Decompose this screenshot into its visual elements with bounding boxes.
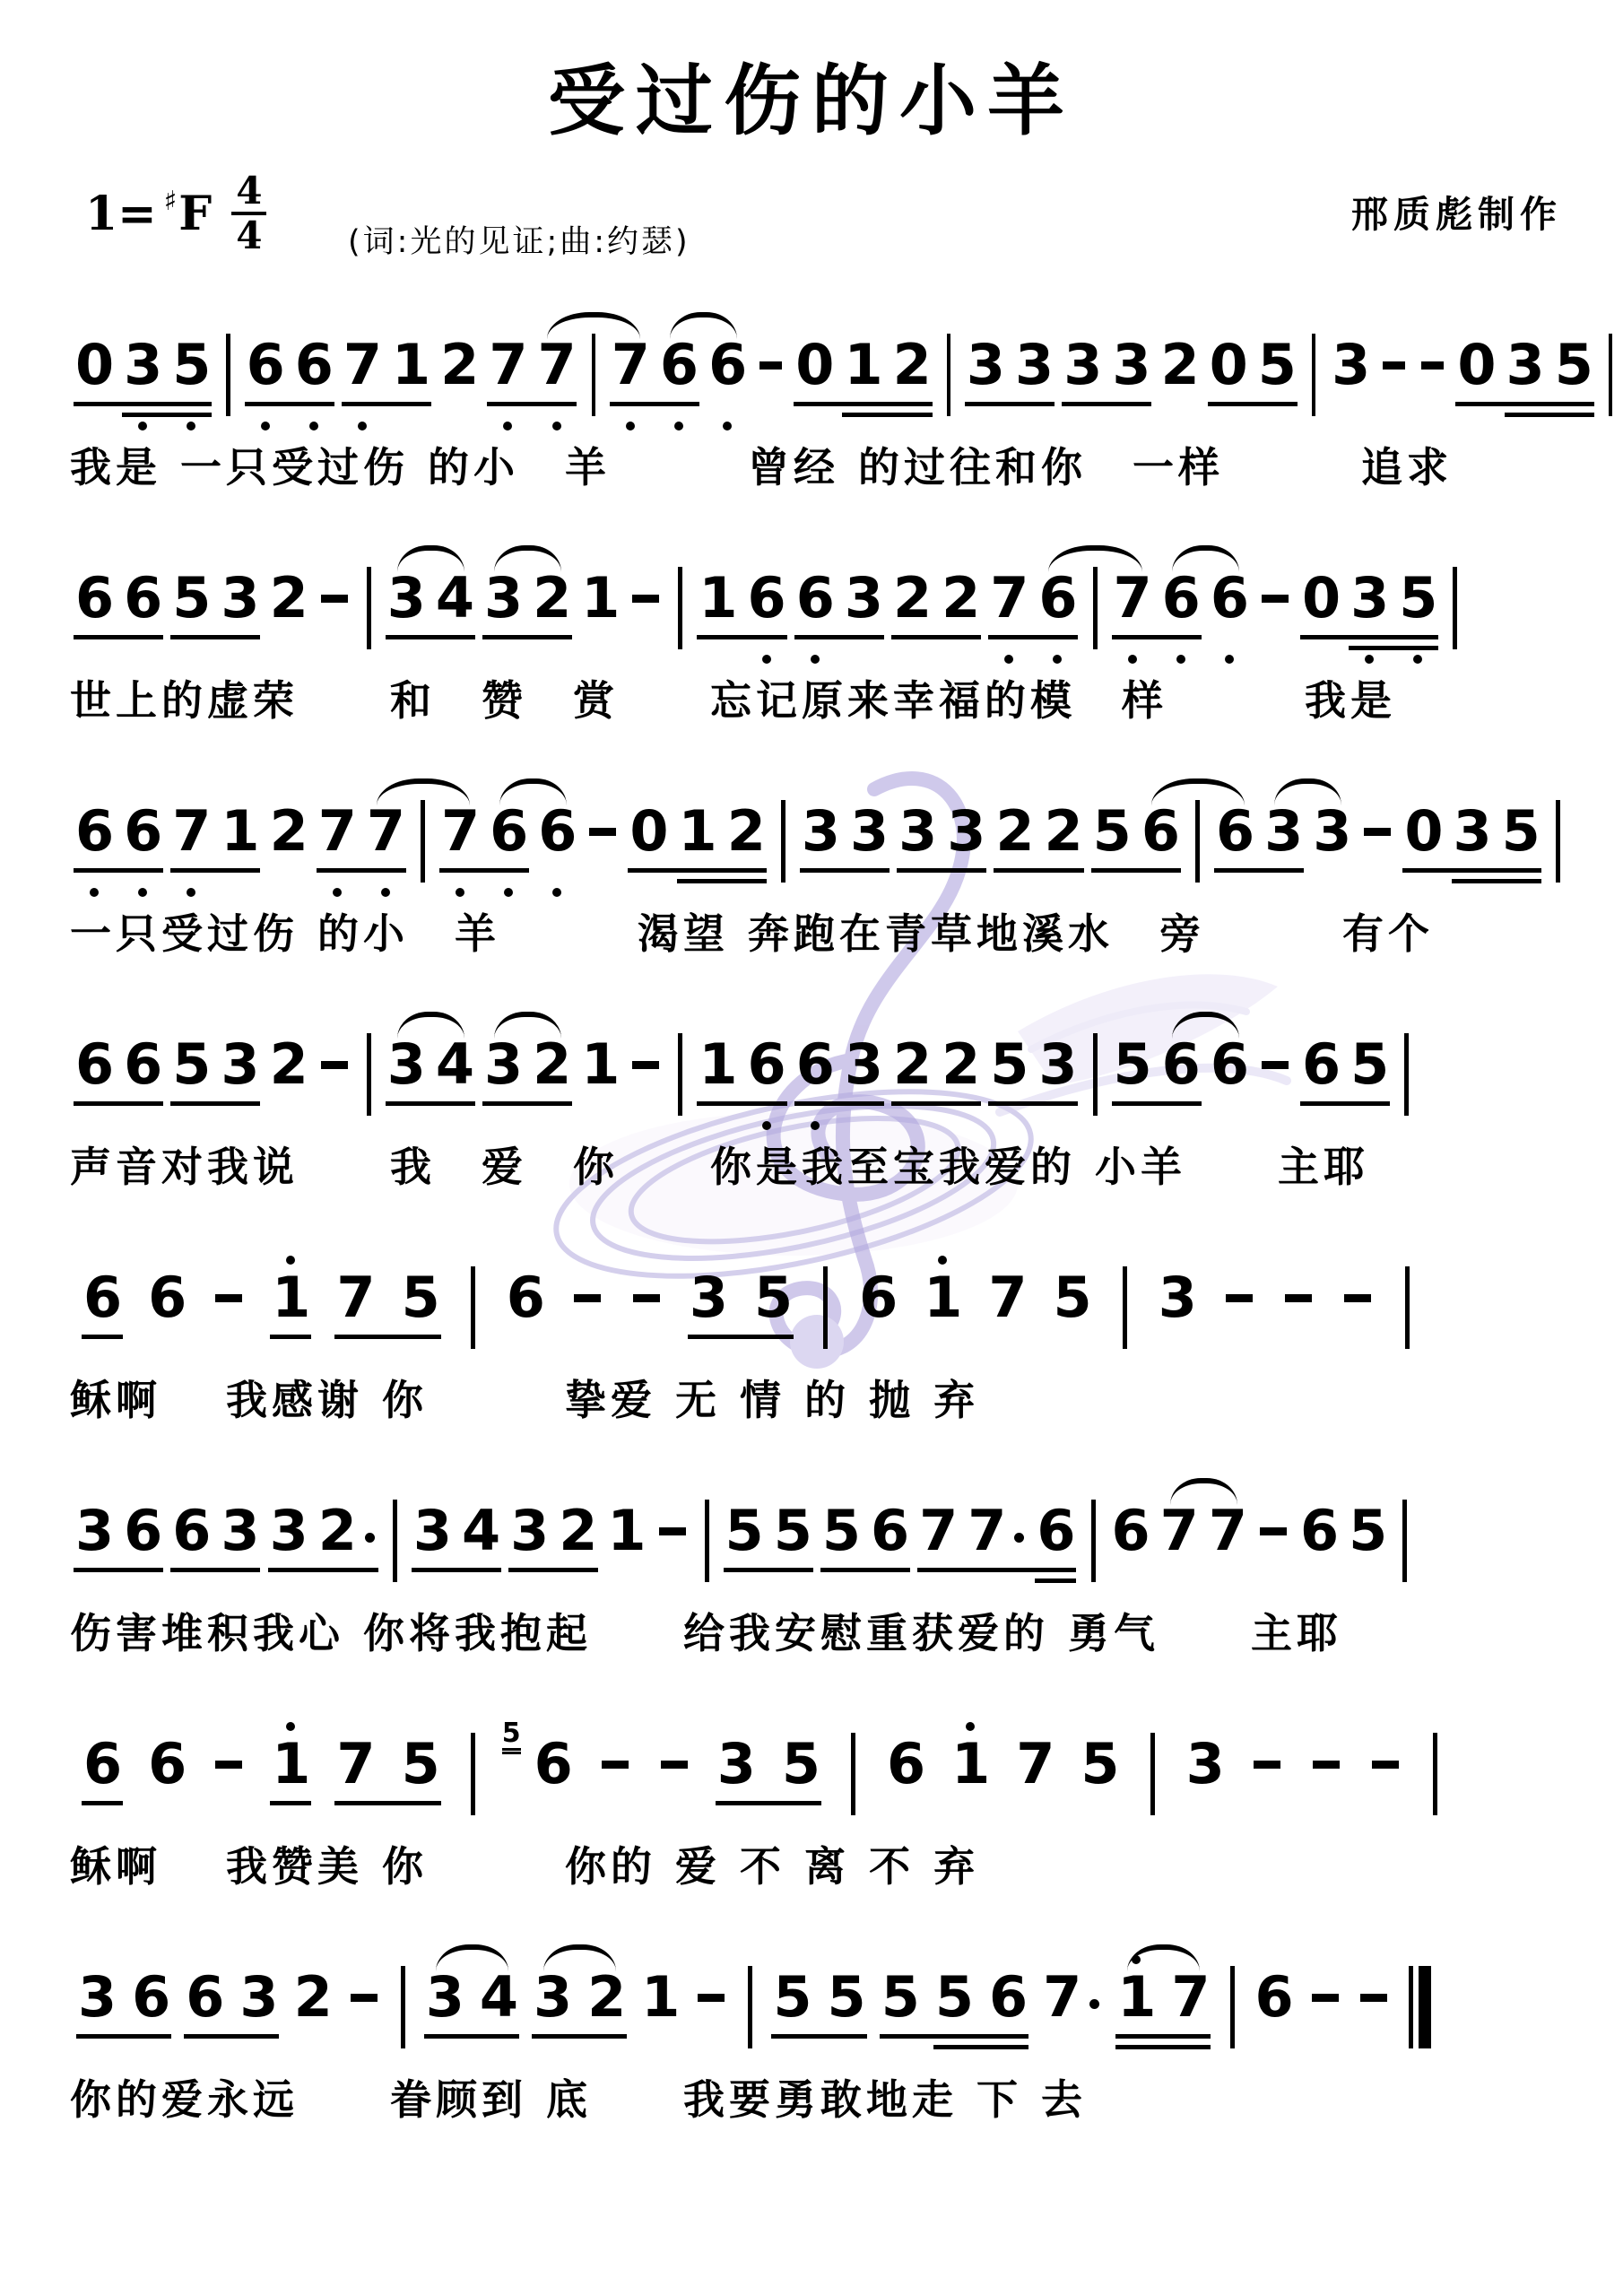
note: 1	[844, 337, 881, 393]
duration-dash	[1262, 595, 1289, 603]
note: 3	[534, 1970, 571, 2025]
barline	[471, 1733, 475, 1815]
note: 6	[1038, 570, 1076, 626]
barline	[592, 334, 595, 416]
lyric-line: 声音对我说 我 爱 你 你是我至宝我爱的 小羊 主耶	[70, 1143, 1623, 1191]
note: 5	[881, 1970, 919, 2025]
note: 5	[402, 1736, 439, 1792]
beam-underline	[439, 868, 529, 873]
duration-dash	[1312, 1994, 1339, 2002]
slur-arc	[1151, 778, 1245, 805]
note: 6	[1162, 570, 1200, 626]
beam-underline	[170, 635, 260, 639]
note: 6	[871, 1503, 908, 1559]
note: 6	[75, 804, 113, 859]
beam-underline	[1112, 1101, 1202, 1106]
beam-underline	[82, 1801, 123, 1805]
notation-line: 6617563561753	[70, 1243, 1623, 1376]
slur-arc	[547, 312, 640, 339]
lyric-line: 稣啊 我赞美 你 你的 爱 不 离 不 弃	[70, 1842, 1623, 1891]
notation-line: 66175563561753	[70, 1709, 1623, 1842]
sheet-music-page: 受过伤的小羊 1= ♯ F 4 4 (词:光的见证;曲:约瑟) 邢质彪制作 03…	[0, 0, 1623, 2296]
duration-dash	[659, 1527, 686, 1535]
notation-system: 3663234321555567176你的爱永远 眷顾到 底 我要勇敢地走 下 …	[0, 1943, 1623, 2124]
key-tonic-label: 1=	[85, 187, 157, 241]
beam-underline	[412, 1568, 501, 1572]
duration-dash	[1313, 1761, 1340, 1769]
beam-underline	[1349, 646, 1438, 650]
note: 6	[538, 804, 576, 859]
note: 3	[387, 570, 425, 626]
note: 6	[534, 1736, 572, 1792]
beam-underline	[610, 402, 699, 406]
slur-arc	[397, 1012, 464, 1039]
beam-underline	[386, 635, 475, 639]
note: 3	[1264, 804, 1302, 859]
key-signature: 1= ♯ F 4 4	[85, 172, 266, 255]
note: 7	[612, 337, 649, 393]
note: 7	[1114, 570, 1151, 626]
beam-underline	[988, 1101, 1078, 1106]
note: 3	[1313, 804, 1350, 859]
beam-underline	[771, 2034, 867, 2039]
barline	[393, 1500, 397, 1582]
note: 6	[172, 1503, 210, 1559]
note: 2	[533, 570, 570, 626]
note: 1	[699, 570, 736, 626]
key-letter: F	[178, 187, 212, 241]
note: 2	[893, 1037, 931, 1092]
note: 2	[727, 804, 765, 859]
barline	[1609, 334, 1612, 416]
slur-arc	[494, 1012, 561, 1039]
note: 6	[1211, 570, 1248, 626]
duration-dash	[1383, 361, 1405, 370]
note: 6	[1255, 1970, 1293, 2025]
grace-note: 5	[502, 1720, 521, 1751]
note: 6	[989, 1970, 1027, 2025]
barline	[226, 334, 230, 416]
note: 1	[272, 1270, 309, 1326]
beam-underline	[1300, 1101, 1390, 1106]
slur-arc	[499, 778, 567, 805]
note: 3	[221, 1503, 258, 1559]
beam-underline	[1455, 402, 1594, 406]
duration-dash	[1254, 1761, 1280, 1769]
beam-underline	[184, 2034, 279, 2039]
note: 6	[1216, 804, 1254, 859]
duration-dash	[215, 1761, 242, 1769]
beam-underline	[1402, 868, 1541, 873]
beam-underline	[122, 413, 212, 417]
note: 6	[124, 1037, 161, 1092]
note: 5	[754, 1270, 792, 1326]
note: 3	[387, 1037, 425, 1092]
note: 7	[988, 1270, 1026, 1326]
note: 3	[239, 1970, 277, 2025]
beam-underline	[386, 1101, 475, 1106]
beam-underline	[1505, 413, 1594, 417]
note: 6	[859, 1270, 897, 1326]
barline	[1404, 1033, 1409, 1116]
sharp-icon: ♯	[164, 186, 178, 217]
credit-line: (词:光的见证;曲:约瑟)	[348, 217, 690, 262]
barline	[1093, 1033, 1098, 1116]
beam-underline	[170, 868, 260, 873]
beam-underline	[334, 1801, 441, 1805]
duration-dash	[633, 1294, 660, 1302]
notation-line: 3663234321555567176	[70, 1943, 1623, 2075]
note: 1	[581, 1037, 619, 1092]
note: 6	[748, 570, 785, 626]
lyric-line: 我是 一只受过伤 的小 羊 曾经 的过往和你 一样 追求	[70, 443, 1623, 491]
duration-dash	[321, 1061, 348, 1069]
lyric-line: 稣啊 我感谢 你 挚爱 无 情 的 抛 弃	[70, 1376, 1623, 1424]
lyric-line: 伤害堆积我心 你将我抱起 给我安慰重获爱的 勇气 主耶	[70, 1609, 1623, 1657]
notation-system: 6617563561753稣啊 我感谢 你 挚爱 无 情 的 抛 弃	[0, 1243, 1623, 1424]
note: 5	[1114, 1037, 1151, 1092]
note: 0	[1210, 337, 1247, 393]
note: 6	[124, 804, 161, 859]
note: 6	[1141, 804, 1179, 859]
note: 3	[1332, 337, 1369, 393]
note: 2	[1160, 337, 1198, 393]
notation-line: 36633234321555677667765	[70, 1476, 1623, 1609]
note: 1	[221, 804, 258, 859]
beam-underline	[482, 1101, 572, 1106]
beam-underline	[342, 402, 431, 406]
note: 6	[124, 570, 161, 626]
beam-underline	[270, 1801, 311, 1805]
notation-system: 665323432116632276766035世上的虚荣 和 赞 赏 忘记原来…	[0, 544, 1623, 725]
beam-underline	[917, 1568, 1076, 1572]
note: 5	[773, 1970, 811, 2025]
note: 2	[995, 804, 1033, 859]
note: 6	[186, 1970, 223, 2025]
duration-dash	[698, 1994, 725, 2002]
note: 0	[795, 337, 833, 393]
time-signature-numerator: 4	[231, 172, 266, 215]
note: 7	[1209, 1503, 1246, 1559]
note: 7	[1043, 1970, 1101, 2025]
barline	[1433, 1733, 1437, 1815]
note: 3	[221, 570, 258, 626]
duration-dash	[589, 828, 616, 836]
beam-underline	[268, 1568, 378, 1572]
beam-underline	[482, 635, 572, 639]
barline	[1195, 800, 1200, 883]
note: 5	[1093, 804, 1131, 859]
note: 2	[318, 1503, 377, 1559]
note: 1	[607, 1503, 645, 1559]
note: 7	[1171, 1970, 1209, 2025]
beam-underline	[532, 2034, 627, 2039]
note: 5	[1349, 1503, 1386, 1559]
slur-arc	[670, 312, 737, 339]
barline	[401, 1966, 405, 2048]
note: 5	[1555, 337, 1593, 393]
beam-underline	[800, 868, 890, 873]
note: 4	[480, 1970, 517, 2025]
author-credit: 邢质彪制作	[1351, 185, 1562, 238]
slur-arc	[1170, 1478, 1237, 1505]
note: 5	[1350, 1037, 1388, 1092]
note: 6	[75, 570, 113, 626]
beam-underline	[880, 2034, 1028, 2039]
note: 4	[436, 1037, 473, 1092]
duration-dash	[1285, 1294, 1312, 1302]
note: 1	[679, 804, 716, 859]
beam-underline	[988, 635, 1078, 639]
note: 7	[1160, 1503, 1198, 1559]
note: 5	[1081, 1736, 1118, 1792]
note: 6	[83, 1270, 121, 1326]
note: 6	[1302, 1037, 1340, 1092]
note: 6	[1112, 1503, 1150, 1559]
note: 2	[942, 570, 979, 626]
note: 2	[587, 1970, 625, 2025]
note: 5	[935, 1970, 973, 2025]
note: 2	[270, 1037, 308, 1092]
note: 3	[484, 570, 522, 626]
beam-underline	[170, 1101, 260, 1106]
note: 7	[367, 804, 404, 859]
note: 1	[924, 1270, 961, 1326]
note: 5	[774, 1503, 811, 1559]
note: 5	[1399, 570, 1436, 626]
note: 3	[967, 337, 1004, 393]
beam-underline	[965, 402, 1055, 406]
duration-dash	[574, 1294, 601, 1302]
note: 2	[942, 1037, 979, 1092]
barline	[1091, 1500, 1096, 1582]
note: 0	[629, 804, 667, 859]
note: 3	[1506, 337, 1544, 393]
note: 3	[221, 1037, 258, 1092]
note: 6	[124, 1503, 161, 1559]
slur-arc	[377, 778, 470, 805]
note: 3	[75, 1503, 113, 1559]
note: 6	[796, 1037, 834, 1092]
beam-underline	[74, 1101, 163, 1106]
note: 6	[887, 1736, 924, 1792]
note: 3	[690, 1270, 727, 1326]
beam-underline	[994, 868, 1084, 873]
duration-dash	[1344, 1294, 1371, 1302]
beam-underline	[508, 1568, 598, 1572]
note: 1	[641, 1970, 679, 2025]
note: 0	[1404, 804, 1442, 859]
barline	[1093, 567, 1098, 649]
score: 035667127776601233332053035我是 一只受过伤 的小 羊…	[0, 310, 1623, 2124]
note: 2	[440, 337, 478, 393]
notation-system: 667127776601233332256633035一只受过伤 的小 羊 渴望…	[0, 777, 1623, 958]
note: 5	[725, 1503, 763, 1559]
note: 6	[1211, 1037, 1248, 1092]
note: 3	[1015, 337, 1053, 393]
beam-underline	[1214, 868, 1304, 873]
note: 5	[1502, 804, 1540, 859]
lyric-line: 世上的虚荣 和 赞 赏 忘记原来幸福的模 样 我是	[70, 676, 1623, 725]
barline	[1405, 1266, 1410, 1349]
duration-dash	[215, 1294, 242, 1302]
barline	[781, 800, 785, 883]
note: 5	[172, 1037, 210, 1092]
barline	[1150, 1733, 1155, 1815]
note: 1	[272, 1736, 309, 1792]
note: 6	[295, 337, 333, 393]
beam-underline	[74, 635, 163, 639]
note: 6	[490, 804, 527, 859]
note: 6	[796, 570, 834, 626]
note: 2	[1045, 804, 1082, 859]
beam-underline	[74, 1568, 163, 1572]
note: 2	[294, 1970, 332, 2025]
barline	[1230, 1966, 1235, 2048]
beam-underline	[74, 402, 212, 406]
note: 3	[1159, 1270, 1196, 1326]
note: 5	[990, 1037, 1028, 1092]
note: 3	[1063, 337, 1101, 393]
note: 3	[1112, 337, 1150, 393]
beam-underline	[170, 1568, 260, 1572]
note: 1	[1117, 1970, 1155, 2025]
time-signature: 4 4	[231, 172, 266, 255]
note: 7	[537, 337, 575, 393]
notation-line: 66532343211663225356665	[70, 1010, 1623, 1143]
lyric-line: 一只受过伤 的小 羊 渴望 奔跑在青草地溪水 旁 有个	[70, 909, 1623, 958]
beam-underline	[1062, 402, 1151, 406]
note: 7	[990, 570, 1028, 626]
slur-arc	[1172, 1012, 1239, 1039]
barline	[1123, 1266, 1127, 1349]
note: 1	[392, 337, 430, 393]
note: 7	[336, 1736, 374, 1792]
note: 3	[717, 1736, 755, 1792]
beam-underline	[1115, 2045, 1211, 2049]
note: 6	[1037, 1503, 1074, 1559]
notation-line: 665323432116632276766035	[70, 544, 1623, 676]
barline	[1312, 334, 1315, 416]
beam-underline	[1091, 868, 1181, 873]
beam-underline	[794, 635, 884, 639]
note: 3	[1186, 1736, 1224, 1792]
note: 5	[1054, 1270, 1091, 1326]
beam-underline	[677, 879, 767, 883]
duration-dash	[1226, 1294, 1253, 1302]
slur-arc	[1274, 778, 1341, 805]
duration-dash	[1372, 1761, 1399, 1769]
beam-underline	[794, 1101, 884, 1106]
note: 0	[1302, 570, 1340, 626]
duration-dash	[1364, 828, 1391, 836]
slur-arc	[1172, 545, 1239, 572]
duration-dash	[1260, 1527, 1287, 1535]
barline	[367, 567, 371, 649]
duration-dash	[1262, 1061, 1289, 1069]
note: 5	[172, 570, 210, 626]
note: 6	[148, 1270, 186, 1326]
barline	[1453, 567, 1457, 649]
duration-dash	[351, 1994, 378, 2002]
note: 3	[124, 337, 161, 393]
barline	[421, 800, 425, 883]
note: 3	[947, 804, 985, 859]
barline	[1556, 800, 1560, 883]
duration-dash	[1360, 1994, 1387, 2002]
beam-underline	[794, 402, 933, 406]
beam-underline	[891, 1101, 981, 1106]
duration-dash	[632, 1061, 659, 1069]
note: 1	[699, 1037, 736, 1092]
note: 3	[270, 1503, 308, 1559]
note: 3	[845, 1037, 882, 1092]
beam-underline	[820, 1568, 910, 1572]
slur-arc	[1048, 545, 1142, 572]
note: 3	[426, 1970, 464, 2025]
barline	[471, 1266, 475, 1349]
time-signature-denominator: 4	[236, 215, 262, 255]
note: 5	[402, 1270, 439, 1326]
note: 7	[336, 1270, 374, 1326]
barline	[1402, 1500, 1407, 1582]
note: 1	[581, 570, 619, 626]
barline	[947, 334, 950, 416]
barline	[851, 1733, 855, 1815]
note: 6	[83, 1736, 121, 1792]
note: 2	[270, 804, 308, 859]
header-meta-row: 1= ♯ F 4 4 (词:光的见证;曲:约瑟) 邢质彪制作	[0, 167, 1623, 274]
beam-underline	[1452, 879, 1541, 883]
note: 6	[247, 337, 284, 393]
note: 3	[1350, 570, 1388, 626]
duration-dash	[661, 1761, 688, 1769]
notation-system: 36633234321555677667765伤害堆积我心 你将我抱起 给我安慰…	[0, 1476, 1623, 1657]
beam-underline	[842, 413, 933, 417]
note: 4	[462, 1503, 499, 1559]
note: 3	[850, 804, 888, 859]
beam-underline	[1035, 1578, 1076, 1583]
note: 5	[828, 1970, 865, 2025]
note: 3	[845, 570, 882, 626]
note: 5	[172, 337, 210, 393]
slur-arc	[436, 1944, 508, 1971]
note: 3	[78, 1970, 116, 2025]
beam-underline	[697, 1101, 787, 1106]
note: 2	[533, 1037, 570, 1092]
beam-underline	[891, 635, 981, 639]
beam-underline	[82, 1335, 123, 1339]
duration-dash	[321, 595, 348, 603]
beam-underline	[1208, 402, 1298, 406]
note: 3	[898, 804, 936, 859]
barline	[823, 1266, 828, 1349]
note: 6	[507, 1270, 544, 1326]
duration-dash	[632, 595, 659, 603]
note: 7	[489, 337, 526, 393]
note: 1	[951, 1736, 989, 1792]
barline	[678, 1033, 682, 1116]
note: 6	[132, 1970, 169, 2025]
note: 4	[436, 570, 473, 626]
note: 7	[172, 804, 210, 859]
beam-underline	[317, 868, 406, 873]
beam-underline	[724, 1568, 813, 1572]
beam-underline	[334, 1335, 441, 1339]
note: 6	[748, 1037, 785, 1092]
note: 7	[968, 1503, 1026, 1559]
note: 7	[318, 804, 356, 859]
